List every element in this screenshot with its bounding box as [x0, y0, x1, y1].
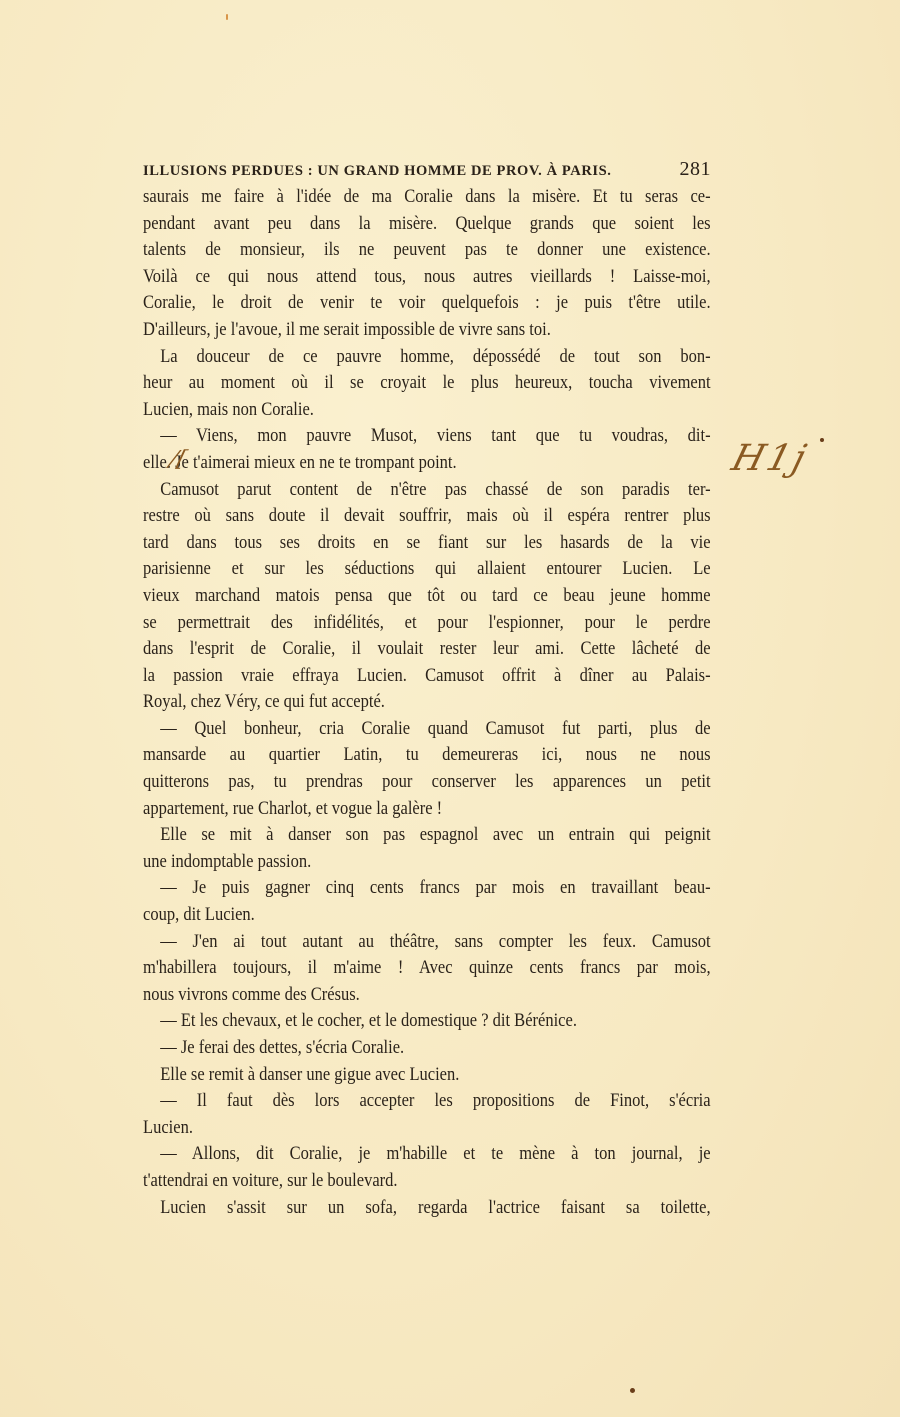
book-page: Illusions perdues : un grand homme de pr…	[0, 0, 900, 1417]
text-line: une indomptable passion.	[143, 849, 711, 876]
text-line: coup, dit Lucien.	[143, 902, 711, 929]
text-line: — Viens, mon pauvre Musot, viens tant qu…	[143, 423, 711, 450]
text-line: mansarde au quartier Latin, tu demeurera…	[143, 742, 711, 769]
text-line: Lucien.	[143, 1115, 711, 1142]
text-line: appartement, rue Charlot, et vogue la ga…	[143, 796, 711, 823]
text-line: t'attendrai en voiture, sur le boulevard…	[143, 1168, 711, 1195]
text-line: — Et les chevaux, et le cocher, et le do…	[143, 1008, 711, 1035]
text-line: Voilà ce qui nous attend tous, nous autr…	[143, 264, 711, 291]
text-line: Camusot parut content de n'être pas chas…	[143, 477, 711, 504]
text-line: elle. Je t'aimerai mieux en ne te trompa…	[143, 450, 711, 477]
ink-speck	[820, 438, 824, 442]
text-line: vieux marchand matois pensa que tôt ou t…	[143, 583, 711, 610]
text-line: D'ailleurs, je l'avoue, il me serait imp…	[143, 317, 711, 344]
text-line: — J'en ai tout autant au théâtre, sans c…	[143, 929, 711, 956]
text-line: la passion vraie effraya Lucien. Camusot…	[143, 663, 711, 690]
text-line: — Quel bonheur, cria Coralie quand Camus…	[143, 716, 711, 743]
text-line: dans l'esprit de Coralie, il voulait res…	[143, 636, 711, 663]
text-line: restre où sans doute il devait souffrir,…	[143, 503, 711, 530]
page-header: Illusions perdues : un grand homme de pr…	[143, 158, 711, 181]
text-line: se permettrait des infidélités, et pour …	[143, 610, 711, 637]
text-line: nous vivrons comme des Crésus.	[143, 982, 711, 1009]
text-line: La douceur de ce pauvre homme, dépossédé…	[143, 344, 711, 371]
text-line: m'habillera toujours, il m'aime ! Avec q…	[143, 955, 711, 982]
text-line: — Allons, dit Coralie, je m'habille et t…	[143, 1141, 711, 1168]
running-head: Illusions perdues : un grand homme de pr…	[143, 163, 612, 180]
text-line: Lucien, mais non Coralie.	[143, 397, 711, 424]
page-number: 281	[680, 158, 712, 181]
text-line: Royal, chez Véry, ce qui fut accepté.	[143, 689, 711, 716]
text-line: Elle se mit à danser son pas espagnol av…	[143, 822, 711, 849]
text-line: talents de monsieur, ils ne peuvent pas …	[143, 237, 711, 264]
text-line: — Je puis gagner cinq cents francs par m…	[143, 875, 711, 902]
text-line: Elle se remit à danser une gigue avec Lu…	[143, 1062, 711, 1089]
body-text: saurais me faire à l'idée de ma Coralie …	[143, 184, 711, 1221]
text-line: parisienne et sur les séductions qui all…	[143, 556, 711, 583]
text-line: Coralie, le droit de venir te voir quelq…	[143, 290, 711, 317]
text-line: tard dans tous ses droits en se fiant su…	[143, 530, 711, 557]
text-line: — Il faut dès lors accepter les proposit…	[143, 1088, 711, 1115]
text-line: Lucien s'assit sur un sofa, regarda l'ac…	[143, 1195, 711, 1222]
text-line: saurais me faire à l'idée de ma Coralie …	[143, 184, 711, 211]
handwritten-margin-note: H1j	[728, 438, 813, 479]
text-line: heur au moment où il se croyait le plus …	[143, 370, 711, 397]
ink-speck	[630, 1388, 635, 1393]
paper-fleck	[226, 14, 228, 20]
text-line: — Je ferai des dettes, s'écria Coralie.	[143, 1035, 711, 1062]
text-line: pendant avant peu dans la misère. Quelqu…	[143, 211, 711, 238]
text-line: quitterons pas, tu prendras pour conserv…	[143, 769, 711, 796]
